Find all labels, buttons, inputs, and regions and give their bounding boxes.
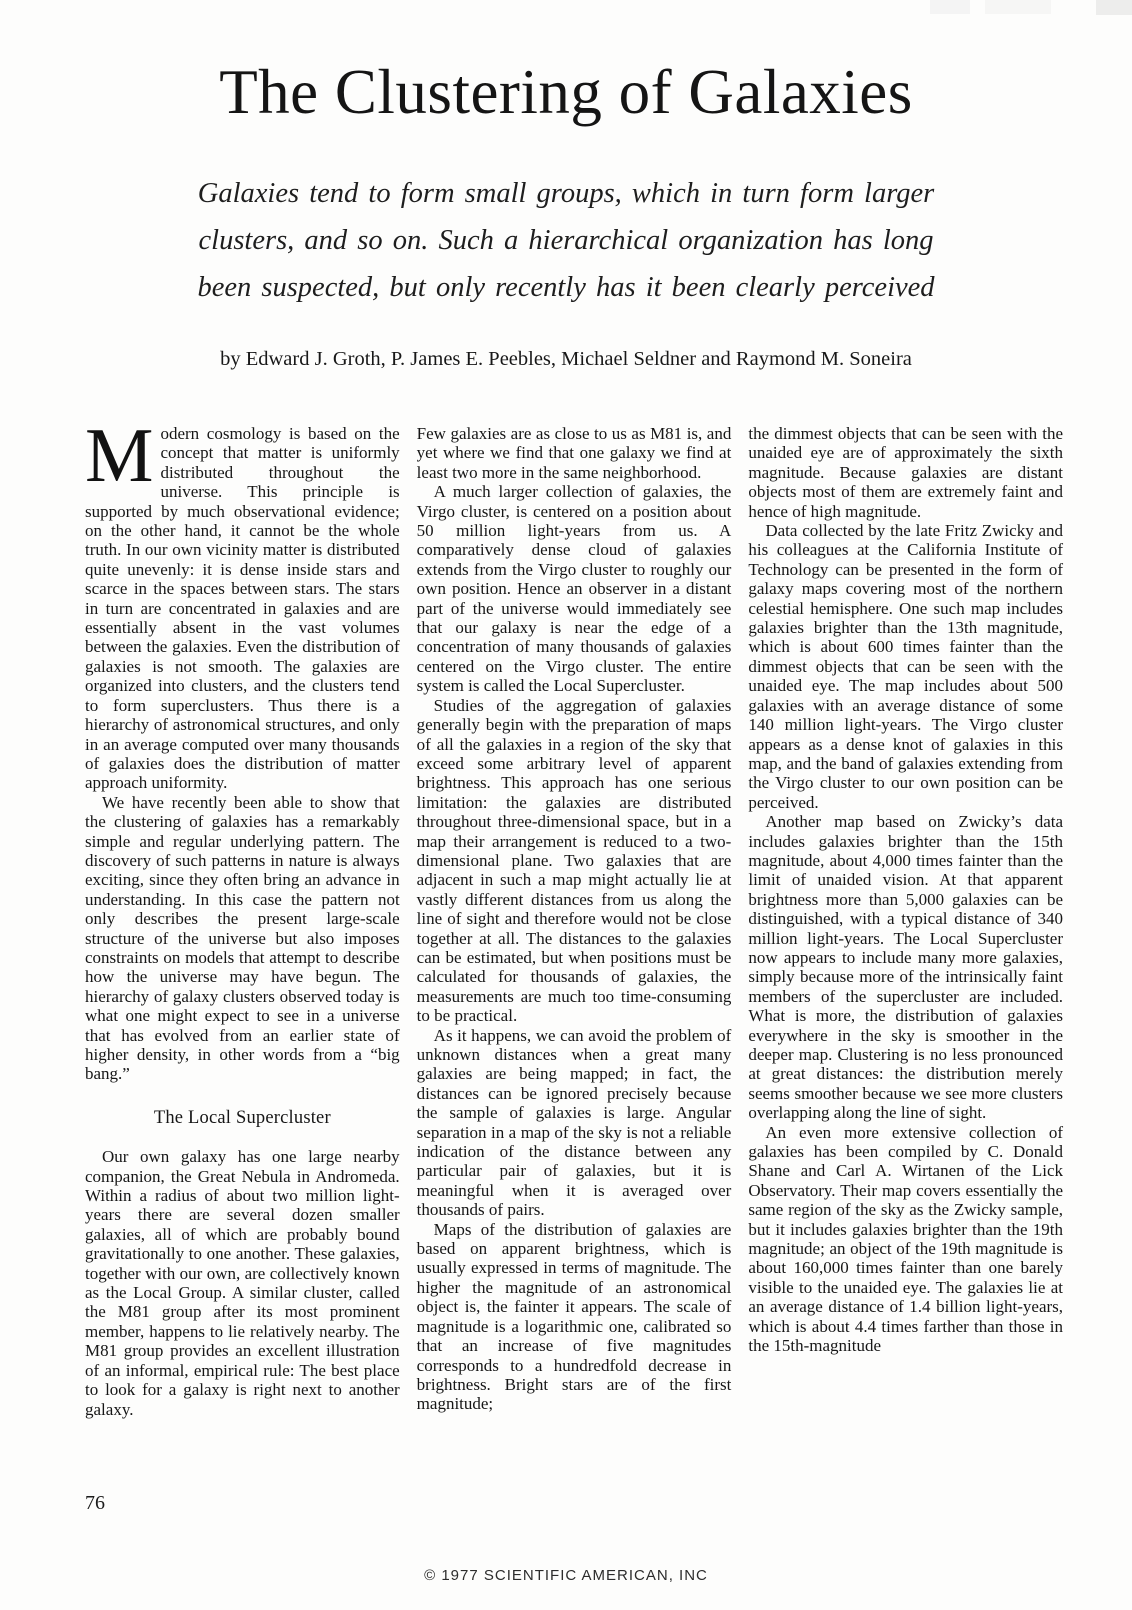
paragraph: Maps of the distribution of galaxies are… xyxy=(417,1220,732,1414)
paragraph: Modern cosmology is based on the concept… xyxy=(85,424,400,793)
scan-artifact xyxy=(930,0,970,14)
subtitle-line: Galaxies tend to form small groups, whic… xyxy=(0,170,1132,217)
paragraph: Studies of the aggregation of galaxies g… xyxy=(417,696,732,1026)
paragraph: Few galaxies are as close to us as M81 i… xyxy=(417,424,732,482)
column-2: Few galaxies are as close to us as M81 i… xyxy=(417,424,732,1419)
subtitle-line: clusters, and so on. Such a hierarchical… xyxy=(0,217,1132,264)
paragraph: We have recently been able to show that … xyxy=(85,793,400,1084)
page-number: 76 xyxy=(85,1492,105,1515)
paragraph: A much larger collection of galaxies, th… xyxy=(417,482,732,695)
paragraph: the dimmest objects that can be seen wit… xyxy=(748,424,1063,521)
copyright-footer: © 1977 SCIENTIFIC AMERICAN, INC xyxy=(0,1567,1132,1584)
paragraph: An even more extensive collection of gal… xyxy=(748,1123,1063,1356)
dropcap-letter: M xyxy=(85,424,160,483)
paragraph: Another map based on Zwicky’s data inclu… xyxy=(748,812,1063,1123)
article-body: Modern cosmology is based on the concept… xyxy=(85,424,1063,1419)
paragraph: Data collected by the late Fritz Zwicky … xyxy=(748,521,1063,812)
column-1: Modern cosmology is based on the concept… xyxy=(85,424,400,1419)
scan-artifact xyxy=(985,0,1051,14)
magazine-page: The Clustering of Galaxies Galaxies tend… xyxy=(0,0,1132,1610)
paragraph: Our own galaxy has one large nearby comp… xyxy=(85,1147,400,1419)
column-3: the dimmest objects that can be seen wit… xyxy=(748,424,1063,1419)
byline: by Edward J. Groth, P. James E. Peebles,… xyxy=(0,348,1132,371)
article-subtitle: Galaxies tend to form small groups, whic… xyxy=(0,170,1132,311)
subtitle-line: been suspected, but only recently has it… xyxy=(0,264,1132,311)
article-title: The Clustering of Galaxies xyxy=(0,56,1132,129)
paragraph: As it happens, we can avoid the problem … xyxy=(417,1026,732,1220)
scan-artifact xyxy=(1096,0,1132,15)
section-heading: The Local Supercluster xyxy=(85,1109,400,1128)
